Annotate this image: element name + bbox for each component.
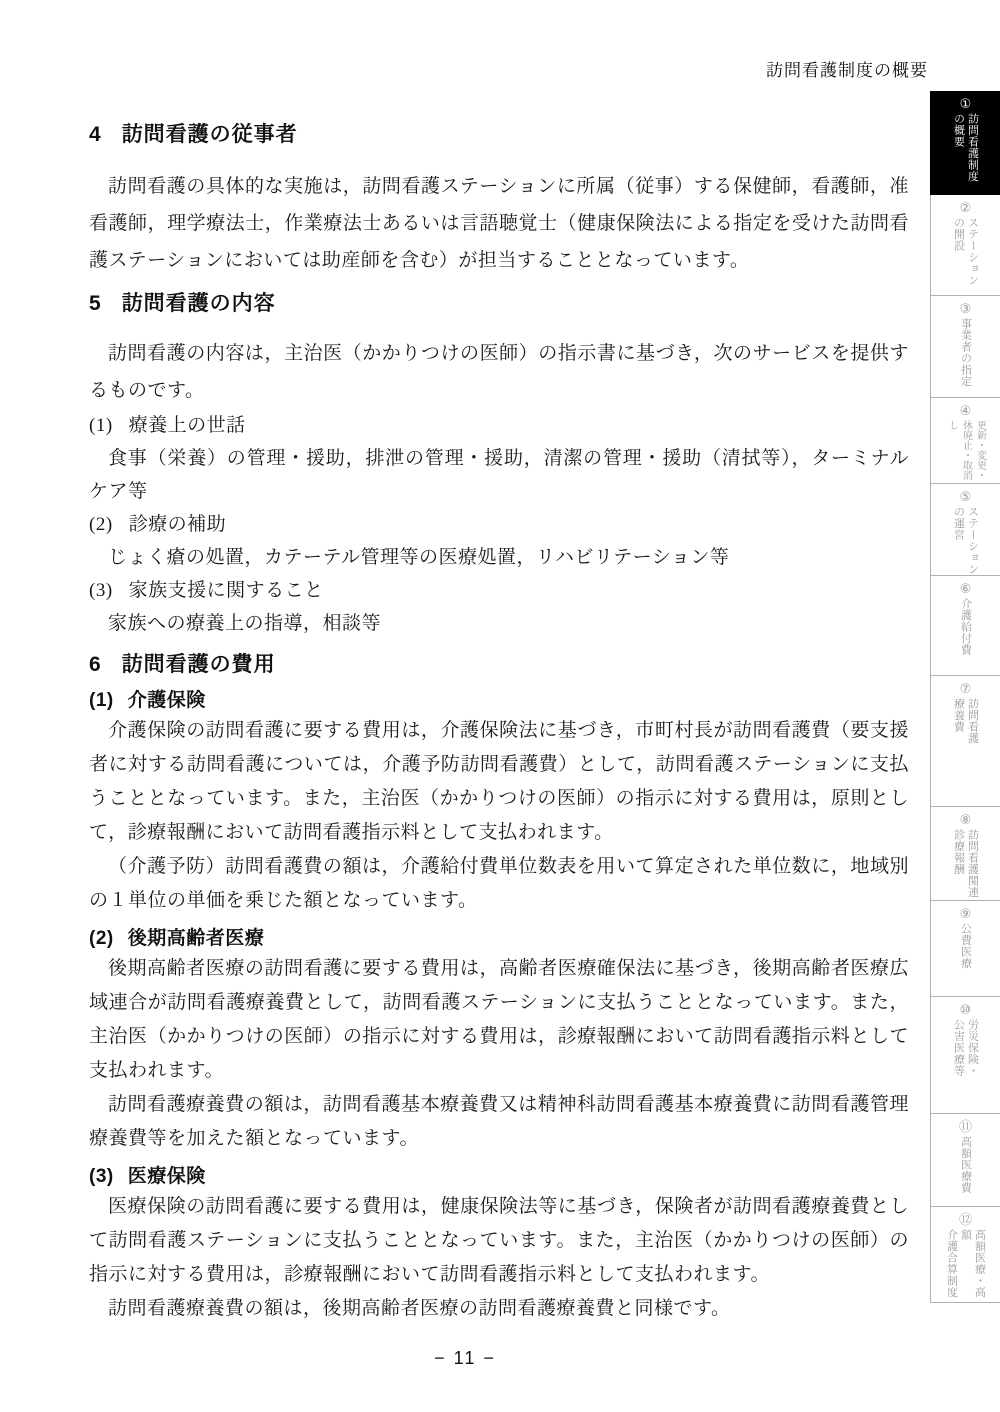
- sidebar-tab-12: ⑫ 高額医療・高額介護合算制度: [930, 1207, 1000, 1303]
- subsection-2-paragraph-1: 後期高齢者医療の訪問看護に要する費用は，高齢者医療確保法に基づき，後期高齢者医療…: [89, 952, 909, 1088]
- sidebar-tab-10: ⑩ 労災保険・公害医療等: [930, 997, 1000, 1114]
- subsection-3-marker: (3): [89, 1164, 114, 1190]
- side-index-tabs: ① 訪問看護制度の概要 ② ステーションの開設 ③ 事業者の指定 ④ 更新・変更…: [930, 91, 1000, 1303]
- list-item-3-head: (3)家族支援に関すること: [89, 574, 909, 607]
- list-item-1-head: (1)療養上の世話: [89, 409, 909, 442]
- subsection-2-title: 後期高齢者医療: [128, 928, 265, 949]
- list-item-1-marker: (1): [89, 409, 113, 442]
- sidebar-tab-2-label: ステーションの開設: [952, 217, 980, 286]
- sidebar-tab-11: ⑪ 高額医療費: [930, 1114, 1000, 1207]
- main-content: 4訪問看護の従事者 訪問看護の具体的な実施は，訪問看護ステーションに所属（従事）…: [89, 0, 909, 1326]
- sidebar-tab-4: ④ 更新・変更・休廃止・取消し: [930, 398, 1000, 484]
- section-6: 6訪問看護の費用 (1)介護保険 介護保険の訪問看護に要する費用は，介護保険法に…: [89, 650, 909, 1326]
- sidebar-tab-8-number: ⑧: [960, 812, 972, 827]
- section-4-title: 訪問看護の従事者: [122, 123, 298, 146]
- subsection-1-title: 介護保険: [128, 690, 206, 711]
- sidebar-tab-3-label: 事業者の指定: [959, 318, 973, 387]
- list-item-3-title: 家族支援に関すること: [129, 580, 324, 601]
- section-4-number: 4: [89, 120, 102, 150]
- sidebar-tab-3: ③ 事業者の指定: [930, 296, 1000, 398]
- sidebar-tab-9-number: ⑨: [960, 906, 972, 921]
- service-list: (1)療養上の世話 食事（栄養）の管理・援助，排泄の管理・援助，清潔の管理・援助…: [89, 409, 909, 640]
- subsection-2-marker: (2): [89, 926, 114, 952]
- section-4-heading: 4訪問看護の従事者: [89, 120, 909, 150]
- sidebar-tab-1-label: 訪問看護制度の概要: [952, 113, 980, 182]
- sidebar-tab-2-number: ②: [960, 200, 972, 215]
- sidebar-tab-10-number: ⑩: [960, 1002, 972, 1017]
- sidebar-tab-12-number: ⑫: [959, 1212, 972, 1227]
- list-item-3-desc: 家族への療養上の指導，相談等: [89, 607, 909, 640]
- sidebar-tab-4-number: ④: [960, 403, 972, 418]
- sidebar-tab-7-label: 訪問看護療養費: [952, 698, 980, 744]
- subsection-3-paragraph-1: 医療保険の訪問看護に要する費用は，健康保険法等に基づき，保険者が訪問看護療養費と…: [89, 1190, 909, 1292]
- sidebar-tab-12-label: 高額医療・高額介護合算制度: [945, 1229, 987, 1302]
- sidebar-tab-8: ⑧ 訪問看護関連診療報酬: [930, 807, 1000, 901]
- sidebar-tab-6: ⑥ 介護給付費: [930, 576, 1000, 676]
- list-item-2-desc: じょく瘡の処置，カテーテル管理等の医療処置，リハビリテーション等: [89, 541, 909, 574]
- section-6-title: 訪問看護の費用: [122, 653, 276, 676]
- list-item-2-marker: (2): [89, 508, 113, 541]
- section-5-intro: 訪問看護の内容は，主治医（かかりつけの医師）の指示書に基づき，次のサービスを提供…: [89, 335, 909, 409]
- list-item-2-head: (2)診療の補助: [89, 508, 909, 541]
- subsection-1-heading: (1)介護保険: [89, 688, 909, 714]
- subsection-2-paragraph-2: 訪問看護療養費の額は，訪問看護基本療養費又は精神科訪問看護基本療養費に訪問看護管…: [89, 1088, 909, 1156]
- list-item-3-marker: (3): [89, 574, 113, 607]
- subsection-1-paragraph-2: （介護予防）訪問看護費の額は，介護給付費単位数表を用いて算定された単位数に，地域…: [89, 850, 909, 918]
- section-4-paragraph: 訪問看護の具体的な実施は，訪問看護ステーションに所属（従事）する保健師，看護師，…: [89, 168, 909, 279]
- sidebar-tab-11-label: 高額医療費: [959, 1136, 973, 1194]
- sidebar-tab-3-number: ③: [960, 301, 972, 316]
- sidebar-tab-8-label: 訪問看護関連診療報酬: [952, 829, 980, 898]
- sidebar-tab-9: ⑨ 公費医療: [930, 901, 1000, 997]
- subsection-1-paragraph-1: 介護保険の訪問看護に要する費用は，介護保険法に基づき，市町村長が訪問看護費（要支…: [89, 714, 909, 850]
- sidebar-tab-2: ② ステーションの開設: [930, 195, 1000, 296]
- section-5-number: 5: [89, 289, 102, 319]
- subsection-3-paragraph-2: 訪問看護療養費の額は，後期高齢者医療の訪問看護療養費と同様です。: [89, 1292, 909, 1326]
- sidebar-tab-1: ① 訪問看護制度の概要: [930, 91, 1000, 195]
- section-5-title: 訪問看護の内容: [122, 292, 276, 315]
- sidebar-tab-9-label: 公費医療: [959, 923, 973, 969]
- subsection-3-heading: (3)医療保険: [89, 1164, 909, 1190]
- sidebar-tab-1-number: ①: [960, 96, 972, 111]
- sidebar-tab-10-label: 労災保険・公害医療等: [952, 1019, 980, 1077]
- list-item-1-title: 療養上の世話: [129, 415, 246, 436]
- sidebar-tab-5-number: ⑤: [960, 489, 972, 504]
- section-6-number: 6: [89, 650, 102, 680]
- page-number: − 11 −: [0, 1348, 930, 1369]
- subsection-2-heading: (2)後期高齢者医療: [89, 926, 909, 952]
- sidebar-tab-6-label: 介護給付費: [959, 598, 973, 656]
- sidebar-tab-11-number: ⑪: [959, 1119, 972, 1134]
- sidebar-tab-7-number: ⑦: [960, 681, 972, 696]
- sidebar-tab-5: ⑤ ステーションの運営: [930, 484, 1000, 576]
- sidebar-tab-5-label: ステーションの運営: [952, 506, 980, 575]
- sidebar-tab-6-number: ⑥: [960, 581, 972, 596]
- subsection-1-marker: (1): [89, 688, 114, 714]
- section-5-heading: 5訪問看護の内容: [89, 289, 909, 319]
- document-page: 訪問看護制度の概要 4訪問看護の従事者 訪問看護の具体的な実施は，訪問看護ステー…: [0, 0, 1000, 1412]
- sidebar-tab-4-label: 更新・変更・休廃止・取消し: [945, 420, 987, 483]
- list-item-1-desc: 食事（栄養）の管理・援助，排泄の管理・援助，清潔の管理・援助（清拭等），ターミナ…: [89, 442, 909, 508]
- section-6-heading: 6訪問看護の費用: [89, 650, 909, 680]
- list-item-2-title: 診療の補助: [129, 514, 227, 535]
- sidebar-tab-7: ⑦ 訪問看護療養費: [930, 676, 1000, 807]
- subsection-3-title: 医療保険: [128, 1166, 206, 1187]
